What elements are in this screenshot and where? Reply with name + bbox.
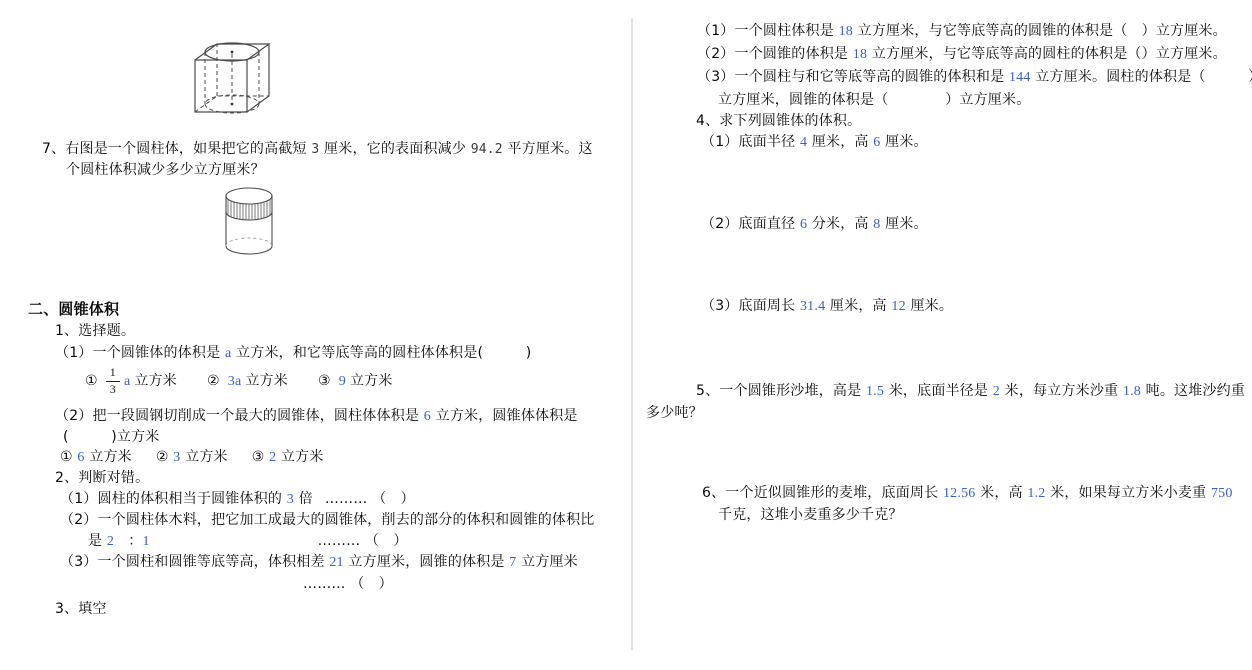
fill-item3: （3）一个圆柱与和它等底等高的圆锥的体积和是 144 立方厘米。圆柱的体积是（ …: [697, 68, 1252, 87]
number-value: 31.4: [800, 299, 825, 314]
number-value: 1.8: [1123, 384, 1141, 399]
text-segment: 厘米。: [880, 216, 927, 232]
text-segment: 吨。这堆沙约重: [1141, 383, 1245, 399]
q4-item2: （2）底面直径 6 分米，高 8 厘米。: [701, 215, 928, 234]
text-segment: （1）底面半径: [701, 134, 800, 150]
text-segment: 米，如果每立方米小麦重: [1045, 485, 1211, 501]
fill-item1: （1）一个圆柱体积是 18 立方厘米，与它等底等高的圆锥的体积是（ ）立方厘米。: [697, 22, 1227, 41]
text-segment: 4、求下列圆锥体的体积。: [696, 113, 861, 129]
q5-line-1: 5、一个圆锥形沙堆，高是 1.5 米，底面半径是 2 米，每立方米沙重 1.8 …: [696, 382, 1245, 401]
text-segment: 分米，高: [807, 216, 873, 232]
text-segment: 米，底面半径是: [884, 383, 993, 399]
worksheet-page: 7、右图是一个圆柱体，如果把它的高截短 3 厘米，它的表面积减少 94.2 平方…: [0, 0, 1252, 670]
number-value: 750: [1211, 486, 1233, 501]
text-segment: 米，每立方米沙重: [1000, 383, 1123, 399]
number-value: 144: [1009, 70, 1031, 85]
fill-item2: （2）一个圆锥的体积是 18 立方厘米，与它等底等高的圆柱的体积是（）立方厘米。: [697, 45, 1227, 64]
number-value: 18: [839, 24, 853, 39]
q4-item1: （1）底面半径 4 厘米，高 6 厘米。: [701, 133, 928, 152]
right-column: （1）一个圆柱体积是 18 立方厘米，与它等底等高的圆锥的体积是（ ）立方厘米。…: [0, 0, 1252, 670]
text-segment: 厘米，高: [807, 134, 873, 150]
text-segment: 立方厘米，与它等底等高的圆柱的体积是（）立方厘米。: [867, 46, 1227, 62]
number-value: 12.56: [943, 486, 976, 501]
fill-item3-cont: 立方厘米，圆锥的体积是（ ）立方厘米。: [718, 91, 1030, 110]
number-value: 18: [853, 47, 867, 62]
text-segment: 5、一个圆锥形沙堆，高是: [696, 383, 866, 399]
number-value: 1.5: [866, 384, 884, 399]
text-segment: 厘米。: [880, 134, 927, 150]
text-segment: 6、一个近似圆锥形的麦堆，底面周长: [702, 485, 943, 501]
number-value: 2: [993, 384, 1000, 399]
q6-line-1: 6、一个近似圆锥形的麦堆，底面周长 12.56 米，高 1.2 米，如果每立方米…: [702, 484, 1233, 503]
text-segment: 米，高: [975, 485, 1027, 501]
text-segment: 多少吨？: [646, 405, 703, 421]
text-segment: （3）一个圆柱与和它等底等高的圆锥的体积和是: [697, 69, 1009, 85]
text-segment: 千克，这堆小麦重多少千克？: [718, 507, 903, 523]
q4-label: 4、求下列圆锥体的体积。: [696, 112, 861, 131]
number-value: 1.2: [1027, 486, 1045, 501]
text-segment: （2）底面直径: [701, 216, 800, 232]
text-segment: 厘米。: [906, 298, 953, 314]
q6-line-2: 千克，这堆小麦重多少千克？: [718, 506, 903, 525]
text-segment: （2）一个圆锥的体积是: [697, 46, 853, 62]
number-value: 12: [891, 299, 905, 314]
q4-item3: （3）底面周长 31.4 厘米，高 12 厘米。: [701, 297, 953, 316]
text-segment: 立方厘米，与它等底等高的圆锥的体积是（ ）立方厘米。: [853, 23, 1227, 39]
text-segment: （3）底面周长: [701, 298, 800, 314]
text-segment: （1）一个圆柱体积是: [697, 23, 839, 39]
text-segment: 立方厘米，圆锥的体积是（ ）立方厘米。: [718, 92, 1030, 108]
text-segment: 厘米，高: [825, 298, 891, 314]
q5-line-2: 多少吨？: [646, 404, 703, 423]
text-segment: 立方厘米。圆柱的体积是（ ）: [1031, 69, 1252, 85]
